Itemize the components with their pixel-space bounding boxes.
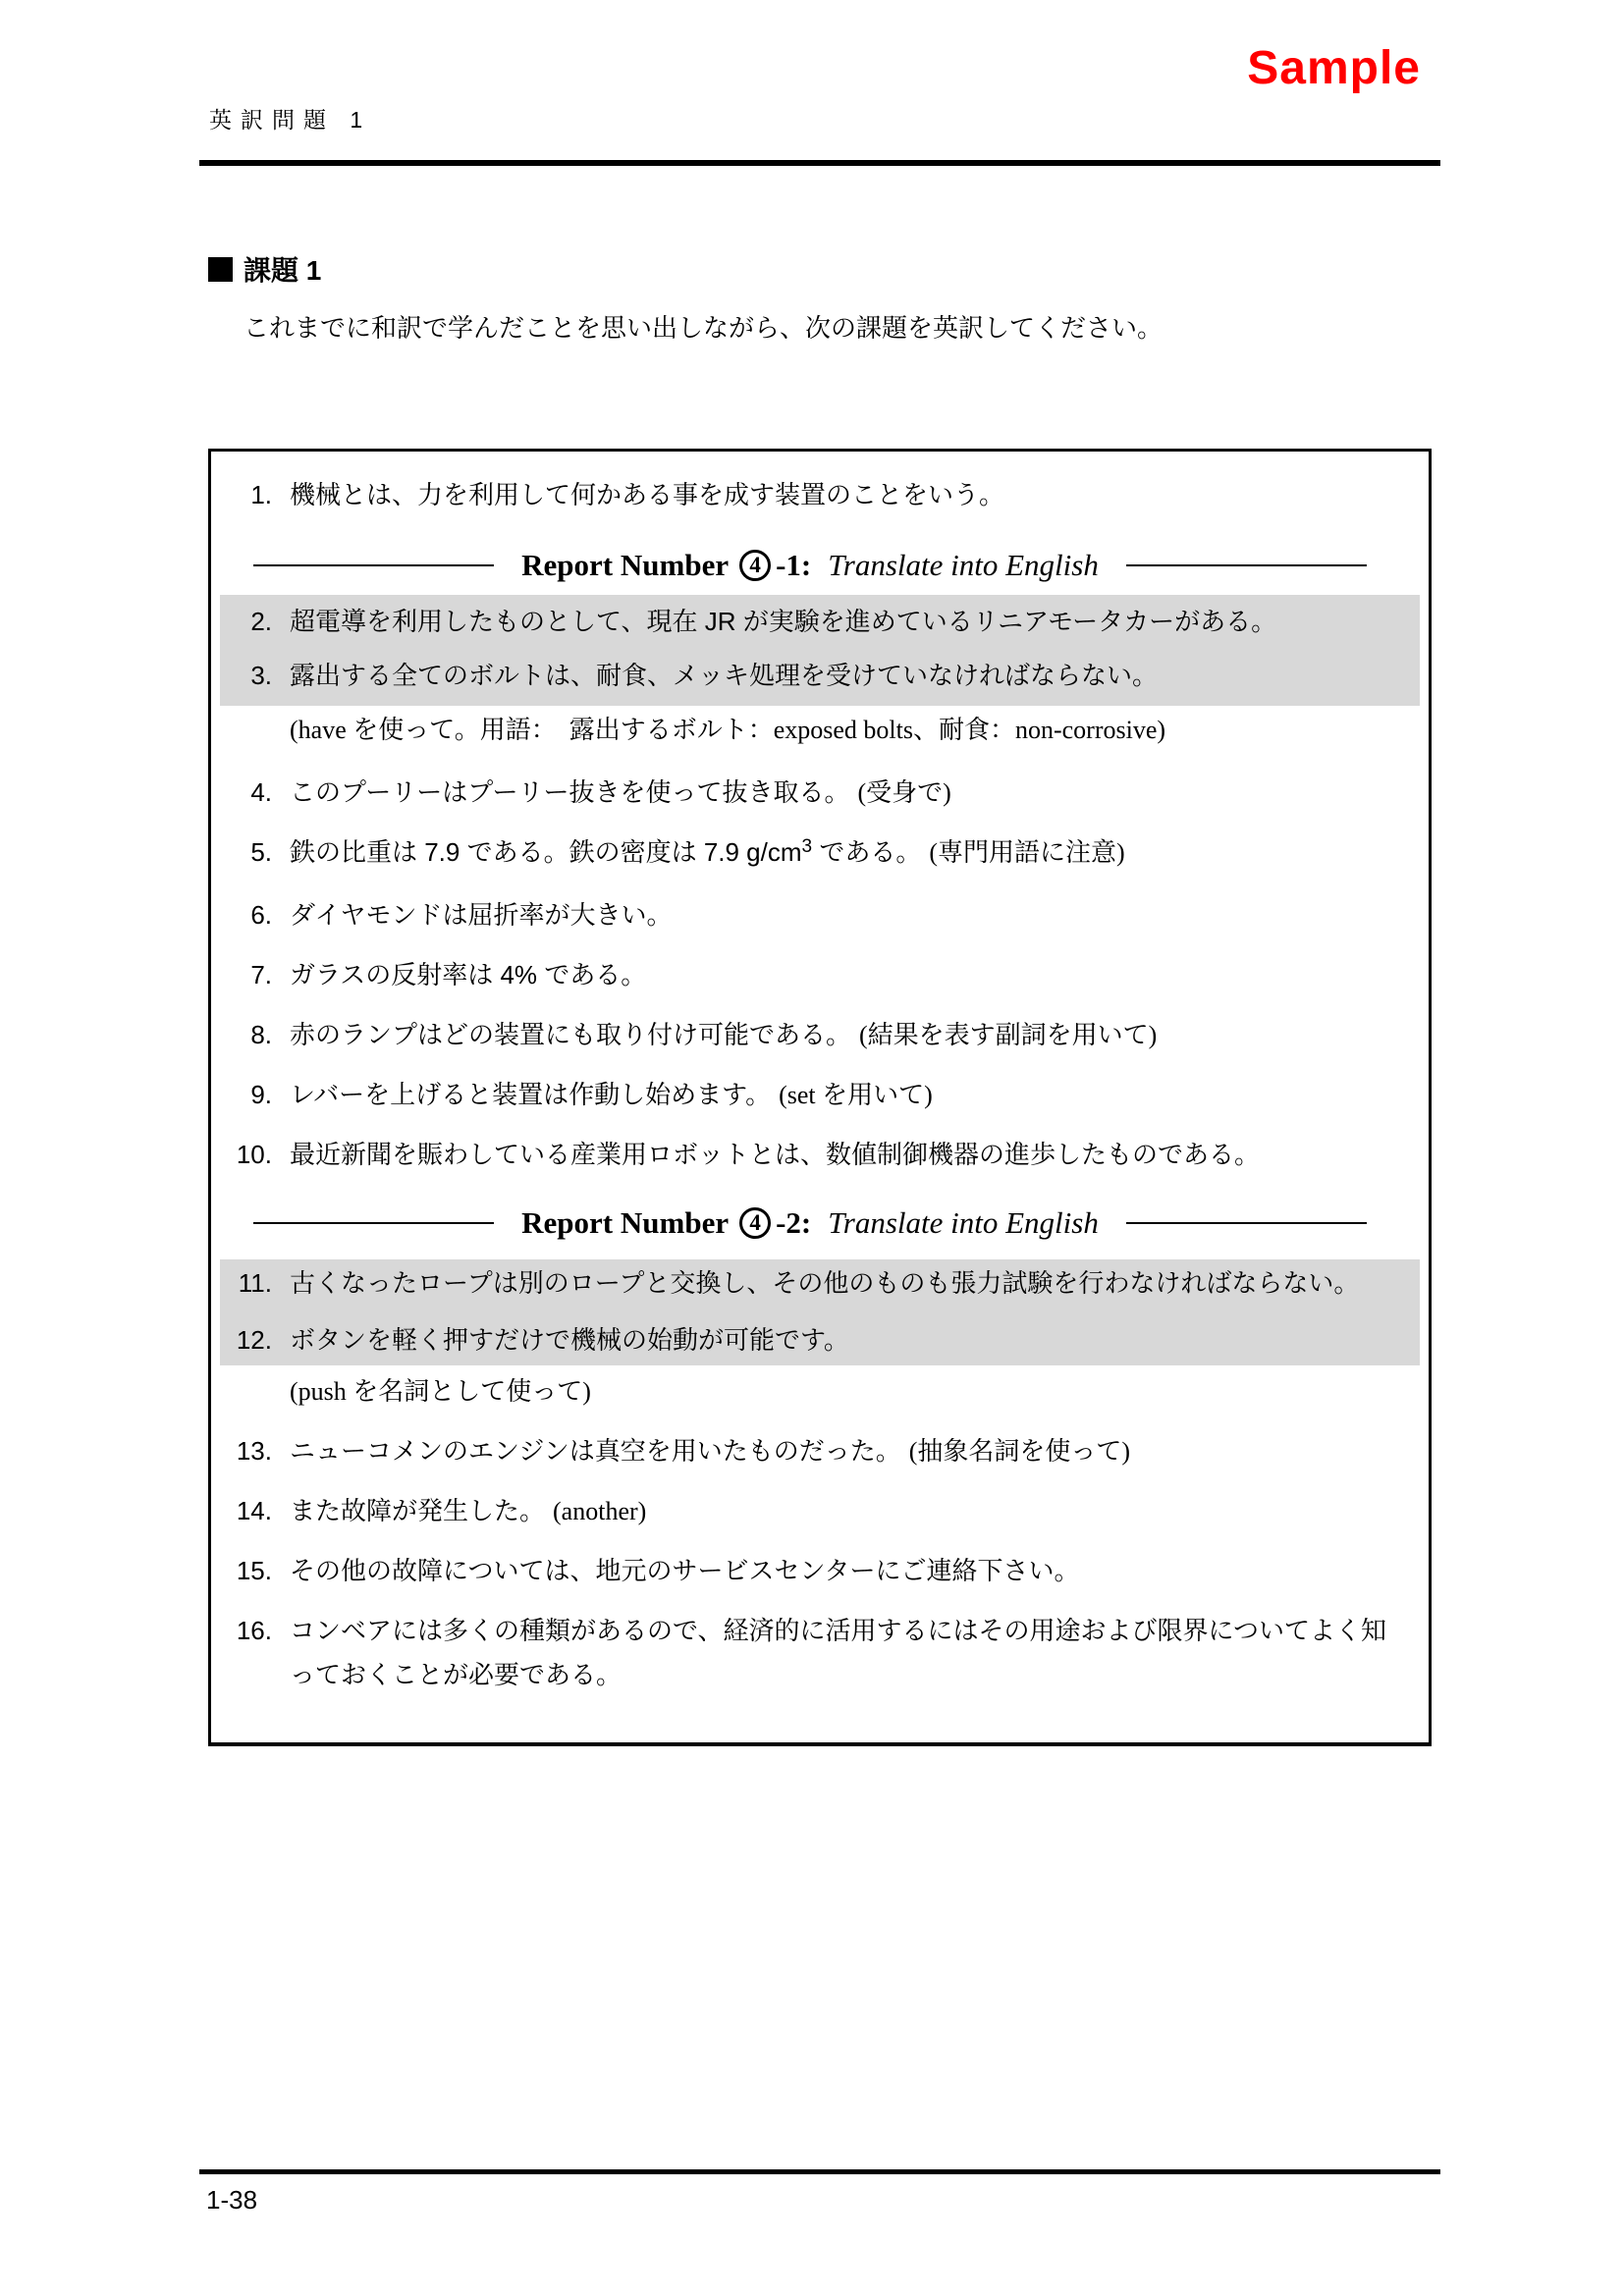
item-row-7: 7. ガラスの反射率は 4% である。 <box>211 953 1409 997</box>
item-row-10: 10. 最近新聞を賑わしている産業用ロボットとは、数値制御機器の進歩したものであ… <box>211 1133 1409 1177</box>
sample-watermark: Sample <box>1247 41 1421 95</box>
item-number: 7. <box>231 953 272 997</box>
translate-label: Translate into English <box>828 548 1099 583</box>
header-rule <box>199 160 1440 166</box>
report-number-suffix: -2: <box>776 1205 811 1241</box>
item-number: 9. <box>231 1073 272 1117</box>
item-text: 超電導を利用したものとして、現在 JR が実験を進めているリニアモータカーがある… <box>290 600 1276 644</box>
item-number: 15. <box>231 1549 272 1593</box>
item-text: 鉄の比重は 7.9 である。鉄の密度は 7.9 g/cm3 である。(専門用語に… <box>290 830 1125 878</box>
item-number: 13. <box>231 1429 272 1473</box>
item-number: 16. <box>231 1609 272 1653</box>
item-number: 12. <box>231 1318 272 1362</box>
item-number: 3. <box>231 654 272 698</box>
section-marker-square <box>208 257 233 282</box>
report-number-label: Report Number <box>521 548 729 583</box>
item-text: 赤のランプはどの装置にも取り付け可能である。(結果を表す副詞を用いて) <box>290 1013 1157 1057</box>
item-hint: (another) <box>553 1497 646 1525</box>
page-number: 1-38 <box>206 2185 257 2216</box>
item-hint: (結果を表す副詞を用いて) <box>859 1021 1157 1049</box>
circled-number-icon: 4 <box>739 1207 771 1239</box>
document-page: Sample 英訳問題 1 課題 1 これまでに和訳で学んだことを思い出しながら… <box>0 0 1624 2296</box>
report-divider-2: Report Number 4 -2: Translate into Engli… <box>253 1201 1367 1245</box>
item-number: 1. <box>231 473 272 517</box>
item-row-16: 16. コンベアには多くの種類があるので、経済的に活用するにはその用途および限界… <box>211 1609 1409 1697</box>
item-number: 4. <box>231 771 272 815</box>
item-text: ダイヤモンドは屈折率が大きい。 <box>290 893 672 937</box>
item-hint: (抽象名詞を使って) <box>909 1437 1130 1466</box>
item-text: ボタンを軽く押すだけで機械の始動が可能です。 <box>290 1318 849 1362</box>
item-3-subnote: (have を使って。用語： 露出するボルト：exposed bolts、耐食：… <box>290 708 1409 752</box>
superscript: 3 <box>802 836 813 857</box>
item-row-6: 6. ダイヤモンドは屈折率が大きい。 <box>211 893 1409 937</box>
page-header-title: 英訳問題 1 <box>209 102 371 134</box>
circled-number-icon: 4 <box>739 550 771 581</box>
item-text: ニューコメンのエンジンは真空を用いたものだった。(抽象名詞を使って) <box>290 1429 1130 1473</box>
report-divider-text: Report Number 4 -1: Translate into Engli… <box>494 548 1126 583</box>
item-row-14: 14. また故障が発生した。(another) <box>211 1489 1409 1533</box>
item-row-1: 1. 機械とは、力を利用して何かある事を成す装置のことをいう。 <box>211 473 1409 517</box>
item-row-15: 15. その他の故障については、地元のサービスセンターにご連絡下さい。 <box>211 1549 1409 1593</box>
divider-line-left <box>253 1222 494 1224</box>
item-row-4: 4. このプーリーはプーリー抜きを使って抜き取る。(受身で) <box>211 771 1409 815</box>
section-heading-label: 課題 1 <box>244 249 321 289</box>
divider-line-left <box>253 564 494 566</box>
report-number-label: Report Number <box>521 1205 729 1241</box>
item-number: 11. <box>231 1261 272 1306</box>
item-text: その他の故障については、地元のサービスセンターにご連絡下さい。 <box>290 1549 1079 1593</box>
item-row-5: 5. 鉄の比重は 7.9 である。鉄の密度は 7.9 g/cm3 である。(専門… <box>211 830 1409 878</box>
item-row-2: 2. 超電導を利用したものとして、現在 JR が実験を進めているリニアモータカー… <box>220 600 1409 644</box>
gray-highlight-band-2: 11. 古くなったロープは別のロープと交換し、その他のものも張力試験を行わなけれ… <box>220 1259 1420 1365</box>
report-divider-1: Report Number 4 -1: Translate into Engli… <box>253 543 1367 587</box>
item-text: このプーリーはプーリー抜きを使って抜き取る。(受身で) <box>290 771 951 815</box>
item-text: 機械とは、力を利用して何かある事を成す装置のことをいう。 <box>290 473 1004 517</box>
translate-label: Translate into English <box>828 1205 1099 1241</box>
divider-line-right <box>1126 1222 1367 1224</box>
item-hint: (set を用いて) <box>779 1081 933 1109</box>
item-text: コンベアには多くの種類があるので、経済的に活用するにはその用途および限界について… <box>290 1609 1409 1697</box>
item-number: 6. <box>231 893 272 937</box>
section-heading: 課題 1 <box>208 249 321 289</box>
item-row-9: 9. レバーを上げると装置は作動し始めます。(set を用いて) <box>211 1073 1409 1117</box>
item-hint: (専門用語に注意) <box>929 838 1124 867</box>
item-text: また故障が発生した。(another) <box>290 1489 646 1533</box>
item-row-11: 11. 古くなったロープは別のロープと交換し、その他のものも張力試験を行わなけれ… <box>220 1261 1409 1306</box>
item-row-3: 3. 露出する全てのボルトは、耐食、メッキ処理を受けていなければならない。 <box>220 654 1409 698</box>
gray-highlight-band-1: 2. 超電導を利用したものとして、現在 JR が実験を進めているリニアモータカー… <box>220 595 1420 706</box>
item-text: ガラスの反射率は 4% である。 <box>290 953 646 997</box>
item-row-12: 12. ボタンを軽く押すだけで機械の始動が可能です。 <box>220 1318 1409 1362</box>
item-number: 10. <box>231 1133 272 1177</box>
item-number: 14. <box>231 1489 272 1533</box>
item-text: 最近新聞を賑わしている産業用ロボットとは、数値制御機器の進歩したものである。 <box>290 1133 1260 1177</box>
intro-text: これまでに和訳で学んだことを思い出しながら、次の課題を英訳してください。 <box>244 308 1163 345</box>
item-number: 8. <box>231 1013 272 1057</box>
worksheet-box: 1. 機械とは、力を利用して何かある事を成す装置のことをいう。 Report N… <box>208 449 1432 1746</box>
item-hint: (受身で) <box>857 778 950 807</box>
item-number: 2. <box>231 600 272 644</box>
item-12-subnote: (push を名詞として使って) <box>290 1369 1409 1414</box>
divider-line-right <box>1126 564 1367 566</box>
item-row-8: 8. 赤のランプはどの装置にも取り付け可能である。(結果を表す副詞を用いて) <box>211 1013 1409 1057</box>
footer-rule <box>199 2169 1440 2174</box>
item-number: 5. <box>231 830 272 875</box>
report-number-suffix: -1: <box>776 548 811 583</box>
item-text: 古くなったロープは別のロープと交換し、その他のものも張力試験を行わなければならな… <box>290 1261 1359 1306</box>
item-text: レバーを上げると装置は作動し始めます。(set を用いて) <box>290 1073 933 1117</box>
report-divider-text: Report Number 4 -2: Translate into Engli… <box>494 1205 1126 1241</box>
item-row-13: 13. ニューコメンのエンジンは真空を用いたものだった。(抽象名詞を使って) <box>211 1429 1409 1473</box>
item-text: 露出する全てのボルトは、耐食、メッキ処理を受けていなければならない。 <box>290 654 1158 698</box>
